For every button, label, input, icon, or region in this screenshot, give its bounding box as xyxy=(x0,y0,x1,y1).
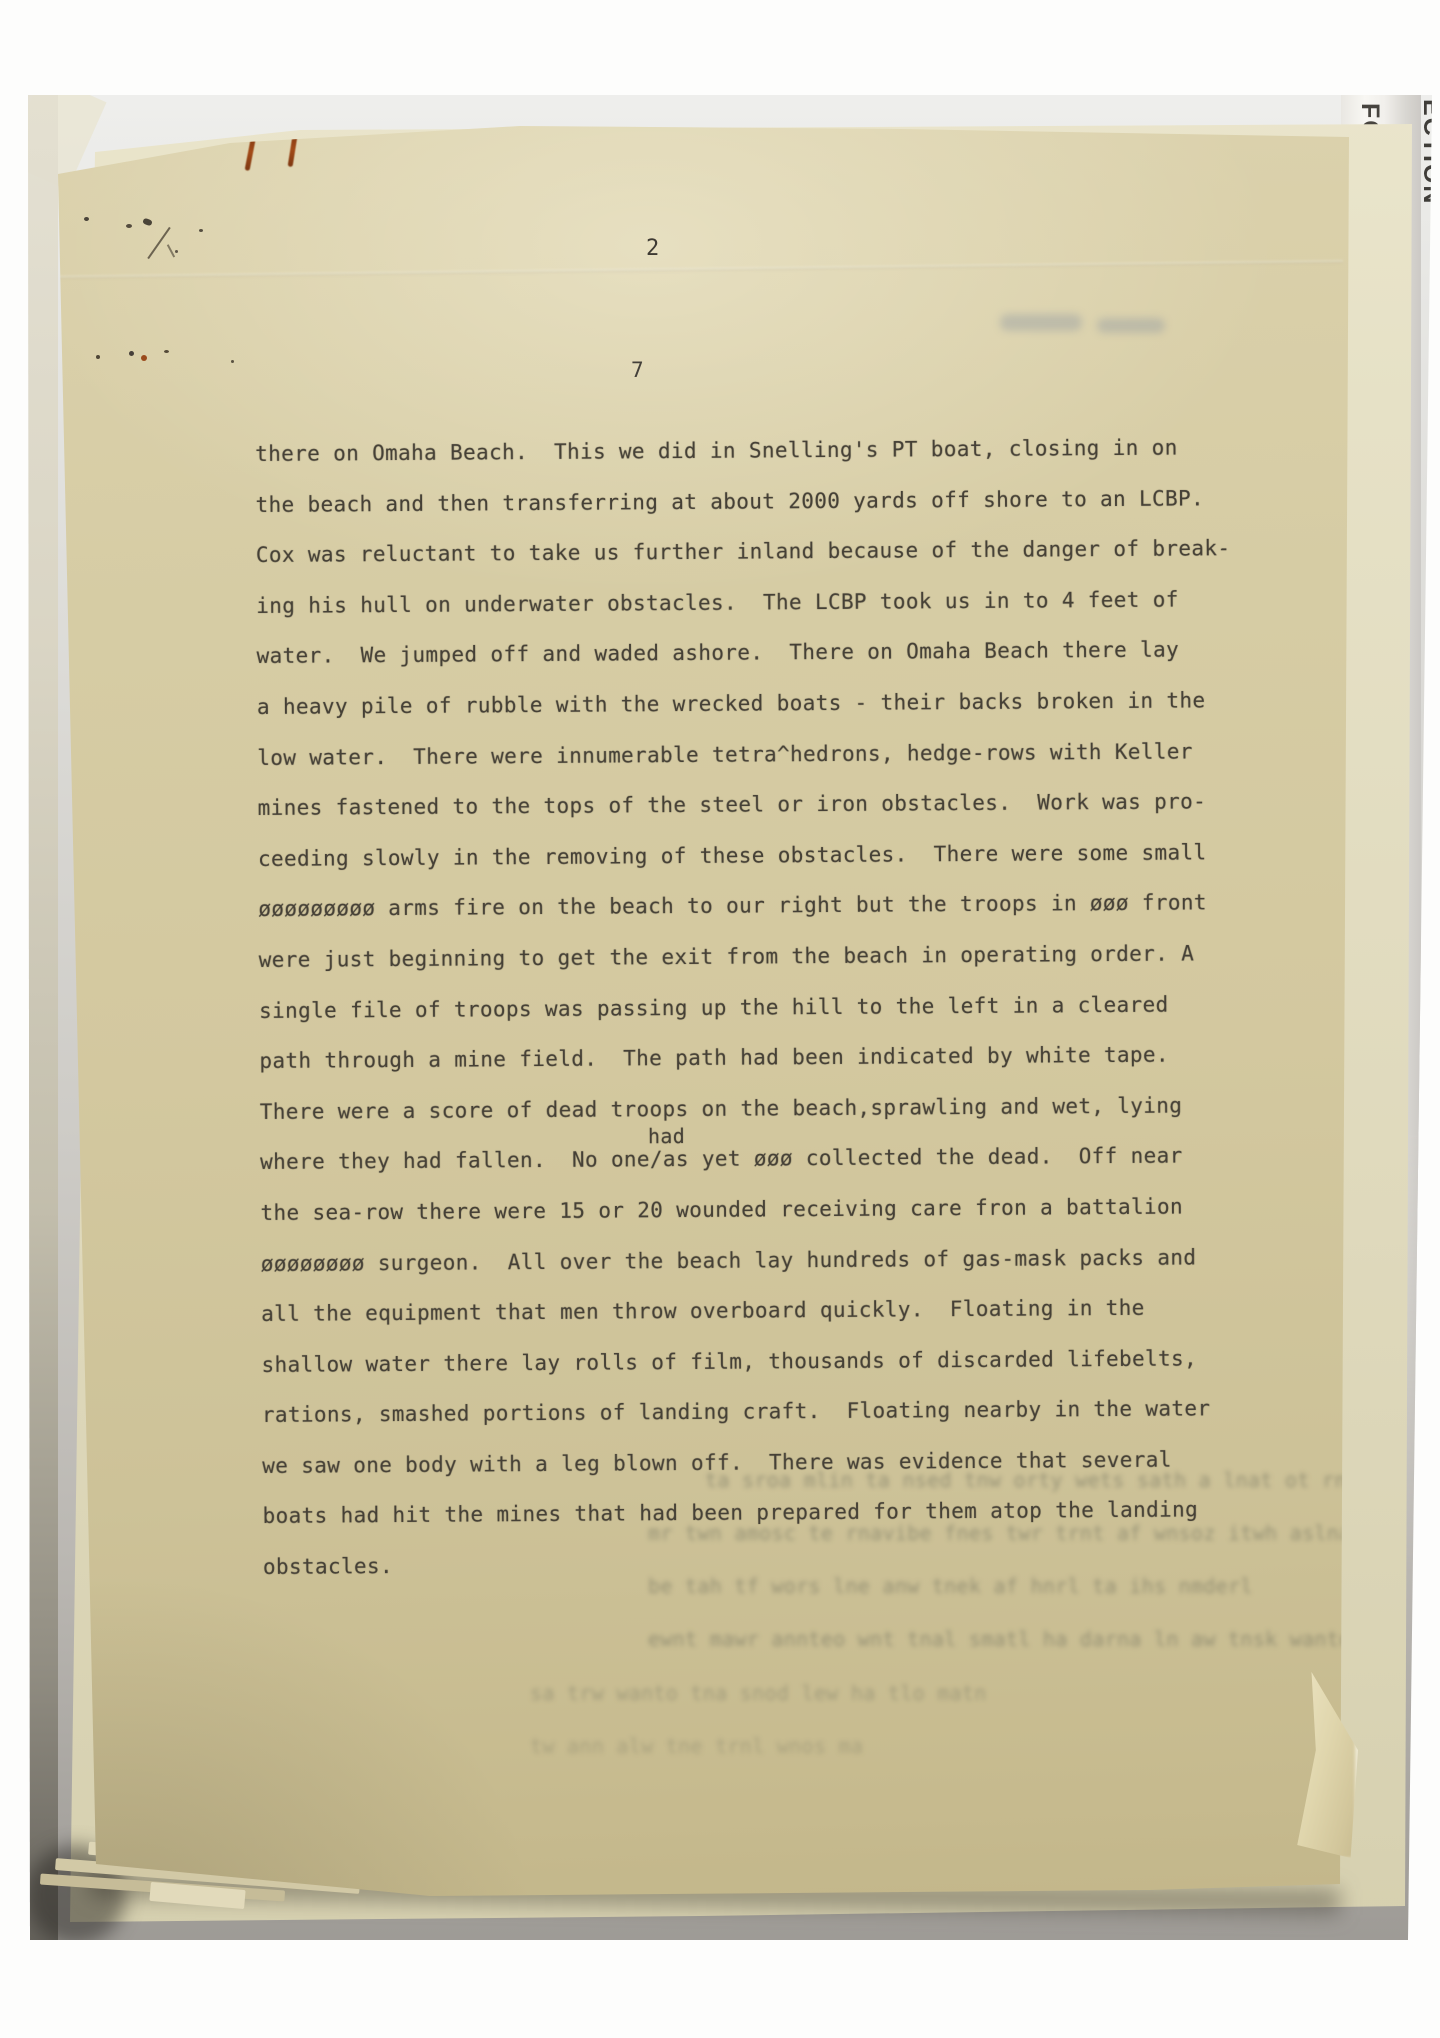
typed-line: there on Omaha Beach. This we did in Sne… xyxy=(255,422,1205,479)
page-number: 2 xyxy=(646,236,659,261)
typed-line: boats had hit the mines that had been pr… xyxy=(262,1485,1212,1542)
inserted-correction-word: had xyxy=(648,1126,685,1146)
typed-line: ceeding slowly in the removing of these … xyxy=(258,827,1208,884)
typed-line: we saw one body with a leg blown off. Th… xyxy=(262,1434,1212,1491)
typed-line: the beach and then transferring at about… xyxy=(255,473,1205,530)
typed-line: obstacles. xyxy=(263,1535,1213,1592)
typed-line: were just beginning to get the exit from… xyxy=(259,928,1209,985)
typed-line: ing his hull on underwater obstacles. Th… xyxy=(256,574,1206,631)
typewritten-page: ta sroa mlin ta nsed tnw orty wets sath … xyxy=(0,0,1440,2038)
typed-line: all the equipment that men throw overboa… xyxy=(261,1282,1211,1339)
typed-line: single file of troops was passing up the… xyxy=(259,979,1209,1036)
bleedthrough-line: sa trw wanto tna snod lew ha tlo matn xyxy=(530,1681,987,1705)
typed-line: the sea-row there were 15 or 20 wounded … xyxy=(260,1181,1210,1238)
bleedthrough-line: tw ann alw tne trnl wnos ma xyxy=(530,1734,863,1758)
typed-line: øøøøøøøø surgeon. All over the beach lay… xyxy=(261,1232,1211,1289)
typed-line: where they had fallen. No one/as yet øøø… xyxy=(260,1131,1210,1188)
typed-line: rations, smashed portions of landing cra… xyxy=(262,1384,1212,1441)
secondary-page-number: 7 xyxy=(631,358,644,382)
typed-line: path through a mine field. The path had … xyxy=(259,1029,1209,1086)
typed-line: mines fastened to the tops of the steel … xyxy=(257,777,1207,834)
document-photo: ECTION FOLDER 9 ta sroa mlin ta nsed tnw… xyxy=(0,0,1440,2038)
typed-line: a heavy pile of rubble with the wrecked … xyxy=(257,675,1207,732)
bleedthrough-line: ewnt mawr annteo wnt tnal smatl ha darna… xyxy=(648,1627,1351,1651)
typed-line: water. We jumped off and waded ashore. T… xyxy=(256,625,1206,682)
typed-line: There were a score of dead troops on the… xyxy=(260,1080,1210,1137)
typed-line: øøøøøøøøø arms fire on the beach to our … xyxy=(258,878,1208,935)
typed-line: shallow water there lay rolls of film, t… xyxy=(261,1333,1211,1390)
typed-line: low water. There were innumerable tetra^… xyxy=(257,726,1207,783)
page-stack-left-edge xyxy=(28,95,58,1940)
typed-line: Cox was reluctant to take us further inl… xyxy=(256,524,1206,581)
stamp-text-partial: ECTION xyxy=(1416,99,1440,209)
typed-text-block: had there on Omaha Beach. This we did in… xyxy=(255,422,1213,1592)
